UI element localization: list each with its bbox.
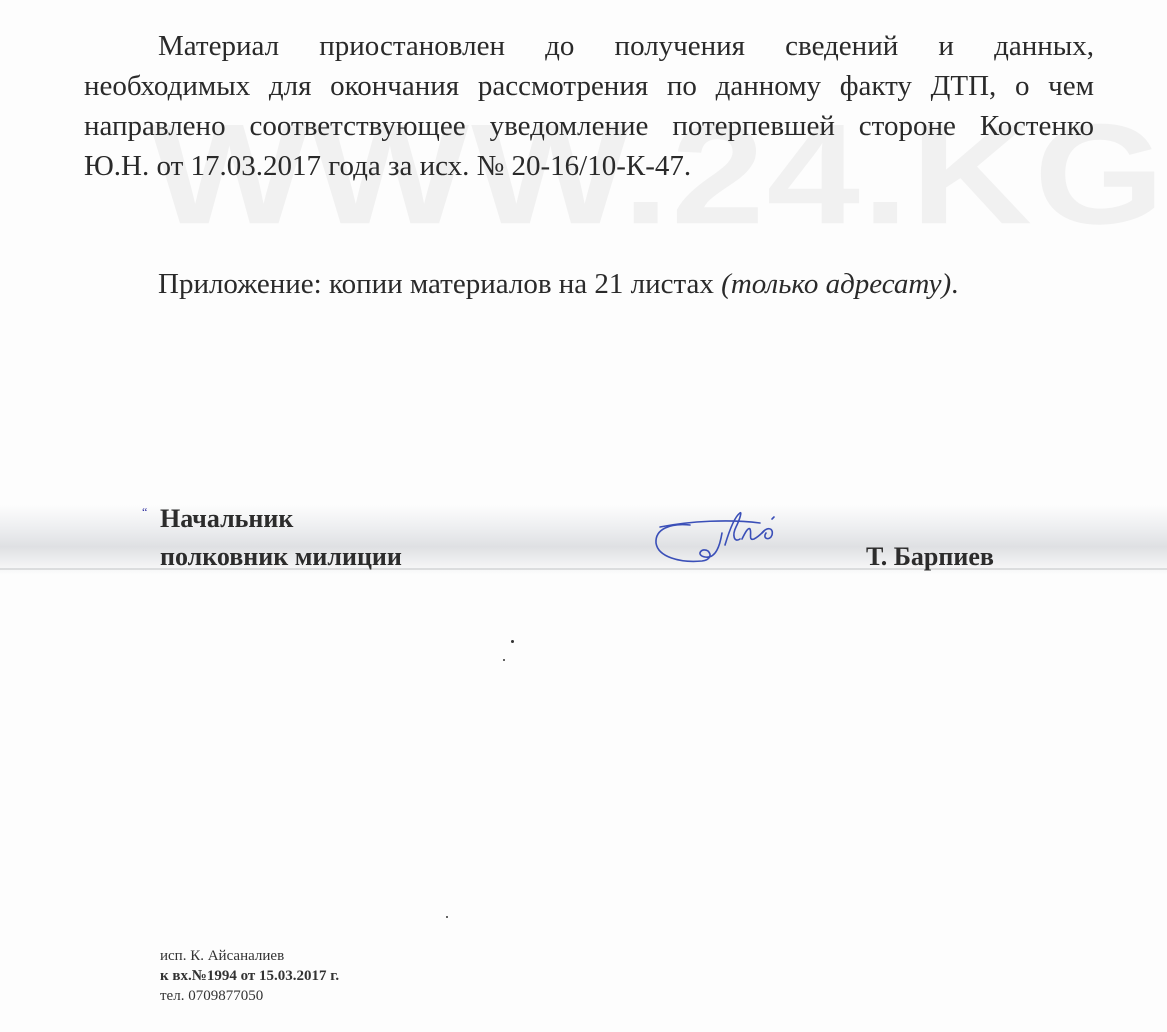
signatory-position: Начальник [160, 500, 402, 538]
paragraph-line: необходимых для окончания рассмотрения п… [84, 66, 1094, 106]
executor-phone: тел. 0709877050 [160, 986, 339, 1006]
paragraph-line: Ю.Н. от 17.03.2017 года за исх. № 20-16/… [84, 146, 1094, 186]
main-paragraph: Материал приостановлен до получения свед… [84, 26, 1094, 186]
scan-speck [503, 659, 505, 661]
annex-line: Приложение: копии материалов на 21 листа… [158, 264, 958, 304]
signatory-name: Т. Барпиев [866, 538, 994, 576]
paragraph-line: Материал приостановлен до получения свед… [84, 26, 1094, 66]
executor-name: исп. К. Айсаналиев [160, 946, 339, 966]
scan-speck [511, 640, 514, 643]
signatory-rank: полковник милиции [160, 538, 402, 576]
signatory-title: Начальник полковник милиции [160, 500, 402, 576]
scan-speck [446, 916, 448, 918]
ink-mark: “ [142, 505, 147, 520]
annex-end: . [951, 268, 958, 300]
handwritten-signature [650, 505, 790, 570]
annex-text: Приложение: копии материалов на 21 листа… [158, 268, 721, 300]
executor-footer: исп. К. Айсаналиев к вх.№1994 от 15.03.2… [160, 946, 339, 1006]
paragraph-line: направлено соответствующее уведомление п… [84, 106, 1094, 146]
incoming-reference: к вх.№1994 от 15.03.2017 г. [160, 966, 339, 986]
annex-note: (только адресату) [721, 268, 951, 300]
